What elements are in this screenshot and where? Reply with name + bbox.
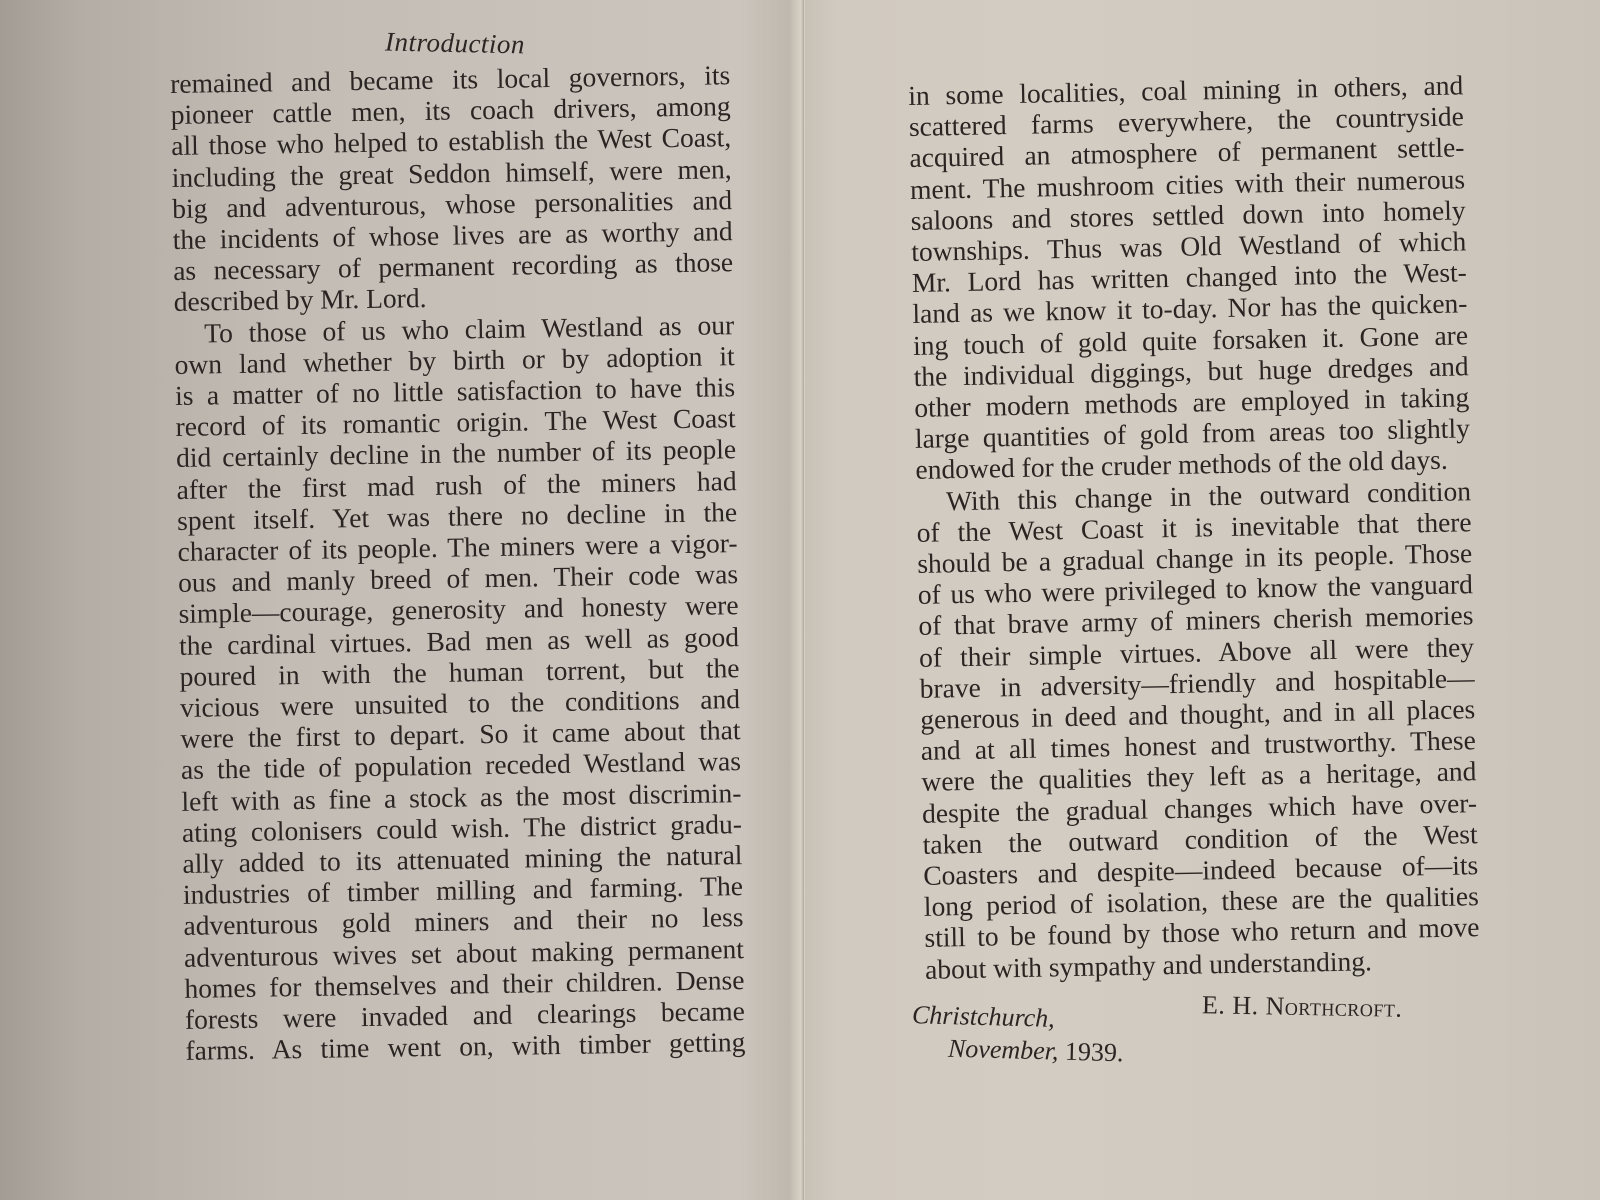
- signature-block: E. H. Northcroft. Christchurch, November…: [912, 992, 1432, 1082]
- left-page-body: remained and became its local governors,…: [170, 59, 746, 1066]
- signature-place: Christchurch,: [912, 1000, 1056, 1034]
- signature-date: November, 1939.: [948, 1034, 1124, 1069]
- left-page: Introduction remained and became its loc…: [0, 0, 805, 1200]
- running-head-left: Introduction: [385, 27, 526, 61]
- right-page-body: in some localities, coal mining in other…: [908, 69, 1480, 984]
- book-spread: Introduction remained and became its loc…: [0, 0, 1600, 1200]
- author-signature: E. H. Northcroft.: [1202, 990, 1403, 1023]
- signature-month: November,: [948, 1034, 1059, 1066]
- signature-year: 1939.: [1058, 1037, 1124, 1068]
